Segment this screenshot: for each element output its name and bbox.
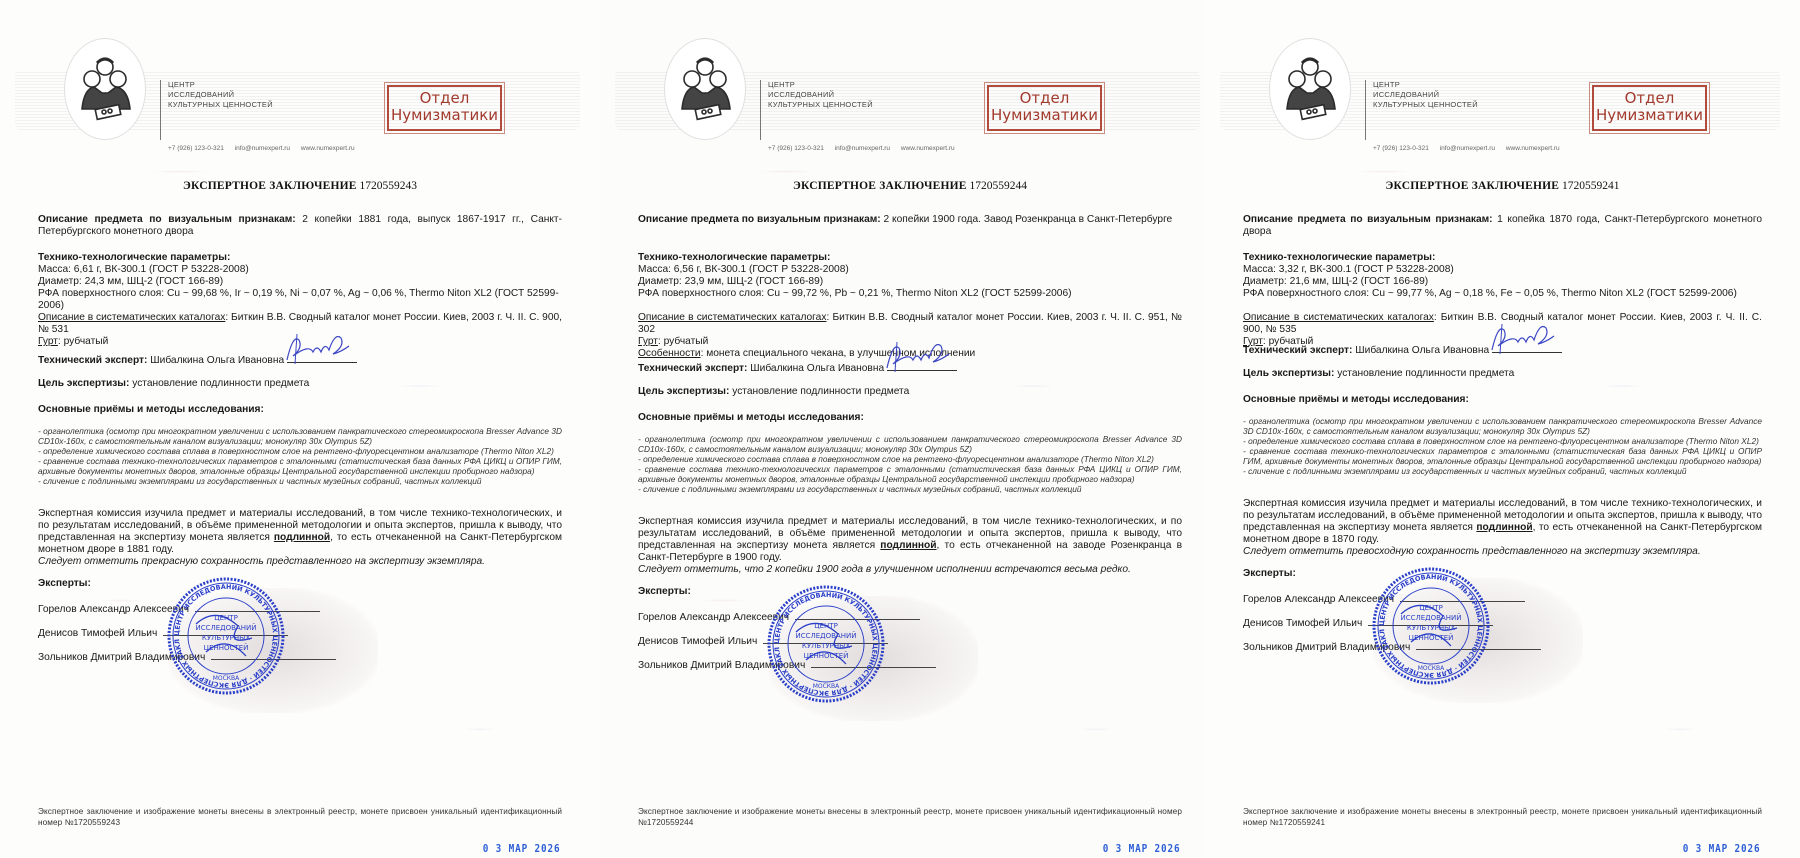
experts-list: Горелов Александр Алексеевич Денисов Тим… [638,612,1182,684]
phone: +7 (926) 123-0-321 [768,145,824,152]
technical-expert: Технический эксперт: Шибалкина Ольга Ива… [38,352,562,367]
org-line: КУЛЬТУРНЫХ ЦЕННОСТЕЙ [1373,100,1478,110]
signature-line [287,352,357,363]
expert-name: Горелов Александр Алексеевич [1243,594,1394,605]
tech-params: Технико-технологические параметры: Масса… [638,252,1182,300]
date-stamp: 0 3 МАР 2026 [482,842,560,855]
method-item: - сличение с подлинными экземплярами из … [38,476,562,486]
diameter-row: Диаметр: 23,9 мм, ШЦ-2 (ГОСТ 166-89) [638,276,1182,288]
expert-name: Денисов Тимофей Ильич [638,636,757,647]
experts-logo-icon [1269,38,1351,140]
mass-value: 6,56 г, ВК-300.1 (ГОСТ Р 53228-2008) [674,264,849,275]
methods-list: - органолептика (осмотр при многократном… [38,426,562,486]
signature-icon [879,338,957,374]
diameter-label: Диаметр: [1243,276,1287,287]
certificate-page-1720559244: ЦЕНТР ИССЛЕДОВАНИЙ КУЛЬТУРНЫХ ЦЕННОСТЕЙ … [600,0,1220,858]
expert-signature-row: Зольников Дмитрий Владимирович [38,652,562,664]
certificate-number: 1720559241 [1562,180,1620,192]
features-label: Особенности [638,348,701,359]
svg-text:ИССЛЕДОВАНИЙ: ИССЛЕДОВАНИЙ [195,623,256,632]
mass-label: Масса: [638,264,671,275]
svg-text:ИССЛЕДОВАНИЙ: ИССЛЕДОВАНИЙ [795,631,856,640]
letterhead: ЦЕНТР ИССЛЕДОВАНИЙ КУЛЬТУРНЫХ ЦЕННОСТЕЙ … [600,38,1220,148]
goal-row: Цель экспертизы: установление подлинност… [38,378,562,390]
xrf-label: РФА поверхностного слоя: [38,288,164,299]
signature-icon [1484,320,1562,356]
conclusion-mid: , то есть отчеканенной [330,532,441,543]
numismatics-dept-stamp: Отдел Нумизматики [387,85,502,131]
conclusion-note: Следует отметить, что 2 копейки 1900 год… [638,564,1182,576]
visual-desc-label: Описание предмета по визуальным признака… [1243,214,1493,225]
registry-note: Экспертное заключение и изображение моне… [38,806,562,828]
conclusion: Экспертная комиссия изучила предмет и ма… [38,508,562,568]
goal-row: Цель экспертизы: установление подлинност… [638,386,1182,398]
tech-expert-label: Технический эксперт: [1243,345,1352,356]
dept-stamp-line: Нумизматики [389,107,500,124]
tech-params: Технико-технологические параметры: Масса… [38,252,562,312]
org-line: ИССЛЕДОВАНИЙ [1373,90,1478,100]
method-item: - органолептика (осмотр при многократном… [1243,416,1762,436]
goal-value: установление подлинности предмета [132,378,309,389]
method-item: - определение химического состава сплава… [1243,436,1762,446]
org-name: ЦЕНТР ИССЛЕДОВАНИЙ КУЛЬТУРНЫХ ЦЕННОСТЕЙ [1365,80,1478,140]
svg-text:ЦЕНТР ИССЛЕДОВАНИЙ КУЛЬТУРНЫХ: ЦЕНТР ИССЛЕДОВАНИЙ КУЛЬТУРНЫХ ЦЕННОСТЕЙ … [166,576,279,689]
contacts-line: +7 (926) 123-0-321 info@numexpert.ru www… [768,145,964,152]
expert-signature-row: Зольников Дмитрий Владимирович [1243,642,1762,654]
mass-label: Масса: [1243,264,1276,275]
certificate-page-1720559243: ЦЕНТР ИССЛЕДОВАНИЙ КУЛЬТУРНЫХ ЦЕННОСТЕЙ … [0,0,600,858]
method-item: - сличение с подлинными экземплярами из … [1243,466,1762,476]
numismatics-dept-stamp: Отдел Нумизматики [1592,85,1707,131]
expert-name: Денисов Тимофей Ильич [1243,618,1362,629]
certificate-title: ЭКСПЕРТНОЕ ЗАКЛЮЧЕНИЕ 1720559243 [38,180,562,192]
expert-signature-row: Денисов Тимофей Ильич [638,636,1182,648]
registry-note: Экспертное заключение и изображение моне… [1243,806,1762,828]
catalog-label: Описание в систематических каталогах [1243,312,1434,323]
round-seal-icon: ЦЕНТР ИССЛЕДОВАНИЙ КУЛЬТУРНЫХ ЦЕННОСТЕЙ … [766,584,886,704]
org-line: ИССЛЕДОВАНИЙ [768,90,873,100]
letterhead: ЦЕНТР ИССЛЕДОВАНИЙ КУЛЬТУРНЫХ ЦЕННОСТЕЙ … [1205,38,1800,148]
tech-expert-name: Шибалкина Ольга Ивановна [750,363,884,374]
catalog-label: Описание в систематических каталогах [38,312,225,323]
experts-list: Горелов Александр Алексеевич Денисов Тим… [38,604,562,676]
org-line: ЦЕНТР [1373,80,1478,90]
tech-expert-name: Шибалкина Ольга Ивановна [150,355,284,366]
dept-stamp-line: Отдел [389,90,500,107]
diameter-row: Диаметр: 24,3 мм, ШЦ-2 (ГОСТ 166-89) [38,276,562,288]
edge-value: рубчатый [664,336,709,347]
diameter-value: 21,6 мм, ШЦ-2 (ГОСТ 166-89) [1290,276,1429,287]
mass-row: Масса: 3,32 г, ВК-300.1 (ГОСТ Р 53228-20… [1243,264,1762,276]
diameter-row: Диаметр: 21,6 мм, ШЦ-2 (ГОСТ 166-89) [1243,276,1762,288]
date-stamp: 0 3 МАР 2026 [1682,842,1760,855]
registry-note: Экспертное заключение и изображение моне… [638,806,1182,828]
xrf-label: РФА поверхностного слоя: [1243,288,1369,299]
tech-expert-name: Шибалкина Ольга Ивановна [1355,345,1489,356]
mass-value: 6,61 г, ВК-300.1 (ГОСТ Р 53228-2008) [74,264,249,275]
expert-name: Денисов Тимофей Ильич [38,628,157,639]
signature-line [887,360,957,371]
svg-text:КУЛЬТУРНЫХ: КУЛЬТУРНЫХ [1407,624,1456,632]
tech-params-heading: Технико-технологические параметры: [638,252,1182,264]
catalog-label: Описание в систематических каталогах [638,312,826,323]
title-label: ЭКСПЕРТНОЕ ЗАКЛЮЧЕНИЕ [1385,180,1559,192]
org-line: ИССЛЕДОВАНИЙ [168,90,273,100]
org-line: ЦЕНТР [768,80,873,90]
expert-signature-row: Горелов Александр Алексеевич [1243,594,1762,606]
expert-signature-row: Денисов Тимофей Ильич [38,628,562,640]
numismatics-dept-stamp: Отдел Нумизматики [987,85,1102,131]
svg-text:МОСКВА: МОСКВА [213,675,240,682]
visual-description: Описание предмета по визуальным признака… [38,214,562,238]
contacts-line: +7 (926) 123-0-321 info@numexpert.ru www… [1373,145,1569,152]
authentic-verdict: подлинной [274,532,330,543]
org-name: ЦЕНТР ИССЛЕДОВАНИЙ КУЛЬТУРНЫХ ЦЕННОСТЕЙ [760,80,873,140]
expert-signature-row: Денисов Тимофей Ильич [1243,618,1762,630]
svg-text:МОСКВА: МОСКВА [813,683,840,690]
experts-logo-icon [64,38,146,140]
tech-params-heading: Технико-технологические параметры: [38,252,562,264]
expert-signature-row: Горелов Александр Алексеевич [38,604,562,616]
xrf-label: РФА поверхностного слоя: [638,288,764,299]
edge-label: Гурт [38,336,58,347]
certificate-title: ЭКСПЕРТНОЕ ЗАКЛЮЧЕНИЕ 1720559241 [1243,180,1762,192]
svg-text:ИССЛЕДОВАНИЙ: ИССЛЕДОВАНИЙ [1400,613,1461,622]
svg-text:КУЛЬТУРНЫХ: КУЛЬТУРНЫХ [802,642,851,650]
letterhead: ЦЕНТР ИССЛЕДОВАНИЙ КУЛЬТУРНЫХ ЦЕННОСТЕЙ … [0,38,600,148]
xrf-value: Cu ~ 99,72 %, Pb ~ 0,21 %, Thermo Niton … [767,288,1072,299]
method-item: - сравнение состава технико-технологичес… [638,464,1182,484]
experts-logo-icon [664,38,746,140]
edge-label: Гурт [638,336,658,347]
expert-name: Горелов Александр Алексеевич [38,604,189,615]
org-line: КУЛЬТУРНЫХ ЦЕННОСТЕЙ [168,100,273,110]
round-seal-icon: ЦЕНТР ИССЛЕДОВАНИЙ КУЛЬТУРНЫХ ЦЕННОСТЕЙ … [166,576,286,696]
mass-row: Масса: 6,61 г, ВК-300.1 (ГОСТ Р 53228-20… [38,264,562,276]
visual-description: Описание предмета по визуальным признака… [638,214,1182,226]
org-line: ЦЕНТР [168,80,273,90]
methods-list: - органолептика (осмотр при многократном… [638,434,1182,494]
method-item: - органолептика (осмотр при многократном… [38,426,562,446]
method-item: - органолептика (осмотр при многократном… [638,434,1182,454]
visual-desc-value: 2 копейки 1900 года. Завод Розенкранца в… [884,214,1173,225]
goal-row: Цель экспертизы: установление подлинност… [1243,368,1762,380]
xrf-row: РФА поверхностного слоя: Cu ~ 99,68 %, I… [38,288,562,312]
xrf-row: РФА поверхностного слоя: Cu ~ 99,72 %, P… [638,288,1182,300]
registry-id: №1720559243 [65,818,120,827]
conclusion-note: Следует отметить прекрасную сохранность … [38,556,562,568]
diameter-label: Диаметр: [38,276,82,287]
email-link[interactable]: info@numexpert.ru [235,145,290,152]
visual-desc-label: Описание предмета по визуальным признака… [638,214,881,225]
svg-text:ЦЕНТР ИССЛЕДОВАНИЙ КУЛЬТУРНЫХ: ЦЕНТР ИССЛЕДОВАНИЙ КУЛЬТУРНЫХ ЦЕННОСТЕЙ … [766,584,879,697]
title-label: ЭКСПЕРТНОЕ ЗАКЛЮЧЕНИЕ [183,180,357,192]
method-item: - сравнение состава технико-технологичес… [1243,446,1762,466]
dept-stamp-line: Нумизматики [989,107,1100,124]
certificate-title: ЭКСПЕРТНОЕ ЗАКЛЮЧЕНИЕ 1720559244 [638,180,1182,192]
phone: +7 (926) 123-0-321 [168,145,224,152]
diameter-value: 23,9 мм, ШЦ-2 (ГОСТ 166-89) [685,276,824,287]
expert-signature-row: Зольников Дмитрий Владимирович [638,660,1182,672]
experts-list: Горелов Александр Алексеевич Денисов Тим… [1243,594,1762,666]
catalog-row: Описание в систематических каталогах: Би… [638,312,1182,336]
mass-label: Масса: [38,264,71,275]
method-item: - определение химического состава сплава… [638,454,1182,464]
tech-params-heading: Технико-технологические параметры: [1243,252,1762,264]
round-seal-icon: ЦЕНТР ИССЛЕДОВАНИЙ КУЛЬТУРНЫХ ЦЕННОСТЕЙ … [1371,566,1491,686]
authentic-verdict: подлинной [880,540,936,551]
website-link[interactable]: www.numexpert.ru [901,145,955,152]
svg-text:КУЛЬТУРНЫХ: КУЛЬТУРНЫХ [202,634,251,642]
goal-value: установление подлинности предмета [732,386,909,397]
methods-heading: Основные приёмы и методы исследования: [38,404,562,416]
signature-icon [279,330,357,366]
dept-stamp-line: Нумизматики [1594,107,1705,124]
methods-heading: Основные приёмы и методы исследования: [638,412,1182,424]
website-link[interactable]: www.numexpert.ru [1506,145,1560,152]
conclusion-mid: , то есть отчеканенной [1533,522,1642,533]
conclusion: Экспертная комиссия изучила предмет и ма… [638,516,1182,576]
visual-description: Описание предмета по визуальным признака… [1243,214,1762,238]
svg-text:МОСКВА: МОСКВА [1418,665,1445,672]
visual-desc-label: Описание предмета по визуальным признака… [38,214,296,225]
method-item: - сравнение состава технико-технологичес… [38,456,562,476]
title-label: ЭКСПЕРТНОЕ ЗАКЛЮЧЕНИЕ [793,180,967,192]
technical-expert: Технический эксперт: Шибалкина Ольга Ива… [638,360,1182,375]
xrf-value: Cu ~ 99,77 %, Ag ~ 0,18 %, Fe ~ 0,05 %, … [1372,288,1737,299]
edge-value: рубчатый [64,336,109,347]
contacts-line: +7 (926) 123-0-321 info@numexpert.ru www… [168,145,364,152]
tech-expert-label: Технический эксперт: [638,363,747,374]
email-link[interactable]: info@numexpert.ru [835,145,890,152]
signature-line [1492,342,1562,353]
authentic-verdict: подлинной [1476,522,1532,533]
registry-id: №1720559244 [638,818,693,827]
conclusion: Экспертная комиссия изучила предмет и ма… [1243,498,1762,558]
expert-signature-row: Горелов Александр Алексеевич [638,612,1182,624]
mass-value: 3,32 г, ВК-300.1 (ГОСТ Р 53228-2008) [1279,264,1454,275]
diameter-value: 24,3 мм, ШЦ-2 (ГОСТ 166-89) [85,276,224,287]
methods-list: - органолептика (осмотр при многократном… [1243,416,1762,476]
conclusion-mid: , то есть отчеканенной [937,540,1052,551]
date-stamp: 0 3 МАР 2026 [1102,842,1180,855]
tech-expert-label: Технический эксперт: [38,355,147,366]
certificate-number: 1720559244 [970,180,1028,192]
technical-expert: Технический эксперт: Шибалкина Ольга Ива… [1243,342,1762,357]
dept-stamp-line: Отдел [989,90,1100,107]
dept-stamp-line: Отдел [1594,90,1705,107]
certificate-page-1720559241: ЦЕНТР ИССЛЕДОВАНИЙ КУЛЬТУРНЫХ ЦЕННОСТЕЙ … [1205,0,1800,858]
registry-id: №1720559241 [1270,818,1325,827]
goal-label: Цель экспертизы: [638,386,729,397]
tech-params: Технико-технологические параметры: Масса… [1243,252,1762,300]
method-item: - сличение с подлинными экземплярами из … [638,484,1182,494]
method-item: - определение химического состава сплава… [38,446,562,456]
phone: +7 (926) 123-0-321 [1373,145,1429,152]
org-name: ЦЕНТР ИССЛЕДОВАНИЙ КУЛЬТУРНЫХ ЦЕННОСТЕЙ [160,80,273,140]
diameter-label: Диаметр: [638,276,682,287]
website-link[interactable]: www.numexpert.ru [301,145,355,152]
email-link[interactable]: info@numexpert.ru [1440,145,1495,152]
certificate-number: 1720559243 [360,180,418,192]
goal-value: установление подлинности предмета [1337,368,1514,379]
mass-row: Масса: 6,56 г, ВК-300.1 (ГОСТ Р 53228-20… [638,264,1182,276]
goal-label: Цель экспертизы: [38,378,129,389]
goal-label: Цель экспертизы: [1243,368,1334,379]
expert-name: Горелов Александр Алексеевич [638,612,789,623]
conclusion-note: Следует отметить превосходную сохранност… [1243,546,1762,558]
methods-heading: Основные приёмы и методы исследования: [1243,394,1762,406]
xrf-row: РФА поверхностного слоя: Cu ~ 99,77 %, A… [1243,288,1762,300]
registry-note-text: Экспертное заключение и изображение моне… [638,807,1182,816]
svg-text:ЦЕНТР ИССЛЕДОВАНИЙ КУЛЬТУРНЫХ: ЦЕНТР ИССЛЕДОВАНИЙ КУЛЬТУРНЫХ ЦЕННОСТЕЙ … [1371,566,1484,679]
org-line: КУЛЬТУРНЫХ ЦЕННОСТЕЙ [768,100,873,110]
